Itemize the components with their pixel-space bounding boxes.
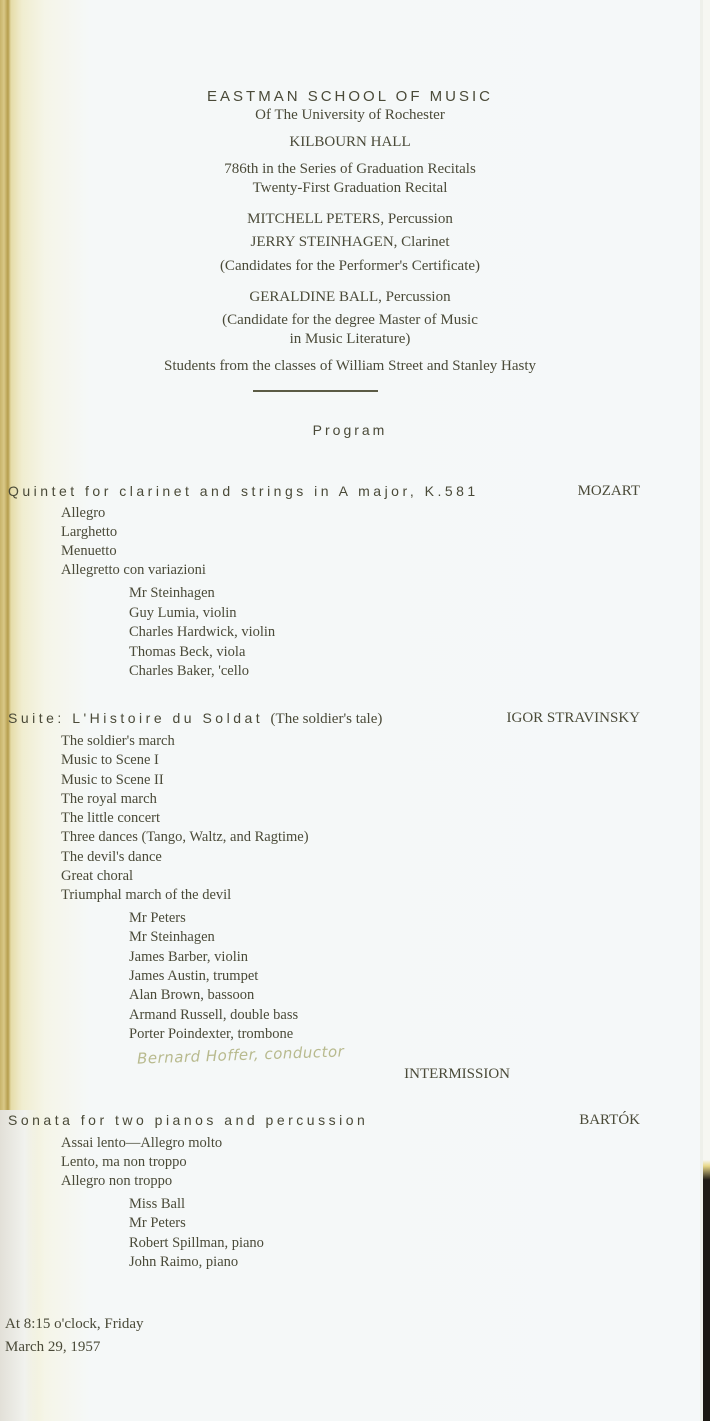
movement: Assai lento—Allegro molto [61,1134,222,1152]
page-fold-shadow [0,1110,40,1421]
movement: The royal march [61,790,157,808]
performer: Guy Lumia, violin [129,604,237,622]
performer: Armand Russell, double bass [129,1006,298,1024]
recital-time: At 8:15 o'clock, Friday [5,1315,144,1333]
degree-note-line1: (Candidate for the degree Master of Musi… [0,311,700,329]
university-name: Of The University of Rochester [0,106,700,124]
movement: Larghetto [61,523,117,541]
series-line: 786th in the Series of Graduation Recita… [0,160,700,178]
work-title-main: Suite: L'Histoire du Soldat [8,710,263,726]
recital-line: Twenty-First Graduation Recital [0,179,700,197]
work-stravinsky: Suite: L'Histoire du Soldat (The soldier… [8,709,640,728]
movement: The devil's dance [61,848,162,866]
work-bartok: Sonata for two pianos and percussion BAR… [8,1111,640,1130]
movement: Lento, ma non troppo [61,1153,187,1171]
performer: Mr Peters [129,909,186,927]
teachers-line: Students from the classes of William Str… [0,357,700,375]
movement: Triumphal march of the devil [61,886,231,904]
degree-note-line2: in Music Literature) [0,330,700,348]
performer: Charles Hardwick, violin [129,623,275,641]
movement: Allegro [61,504,105,522]
divider-rule [253,390,378,392]
performer: Mr Peters [129,1214,186,1232]
movement: The soldier's march [61,732,175,750]
work-mozart: Quintet for clarinet and strings in A ma… [8,482,640,501]
work-subtitle: (The soldier's tale) [271,711,383,727]
performer: James Barber, violin [129,948,248,966]
movement: Music to Scene II [61,771,164,789]
performer: Mr Steinhagen [129,928,215,946]
composer-name: MOZART [578,482,640,500]
recital-date: March 29, 1957 [5,1338,100,1356]
performer: Alan Brown, bassoon [129,986,254,1004]
work-title: Sonata for two pianos and percussion [8,1112,368,1128]
composer-name: BARTÓK [579,1111,640,1129]
performer: John Raimo, piano [129,1253,238,1271]
movement: Menuetto [61,542,117,560]
performer: Miss Ball [129,1195,185,1213]
performer-ball: GERALDINE BALL, Percussion [0,288,700,306]
movement: Allegro non troppo [61,1172,172,1190]
performer: Thomas Beck, viola [129,643,245,661]
movement: Allegretto con variazioni [61,561,206,579]
performer-peters: MITCHELL PETERS, Percussion [0,210,700,228]
school-name: EASTMAN SCHOOL OF MUSIC [0,88,700,106]
hall-name: KILBOURN HALL [0,133,700,151]
movement: Three dances (Tango, Waltz, and Ragtime) [61,828,309,846]
program-heading: Program [0,421,700,439]
performer-steinhagen: JERRY STEINHAGEN, Clarinet [0,233,700,251]
performer: Mr Steinhagen [129,584,215,602]
work-title: Suite: L'Histoire du Soldat (The soldier… [8,710,382,726]
performer: Porter Poindexter, trombone [129,1025,293,1043]
intermission-label: INTERMISSION [0,1065,510,1083]
page-edge [700,0,710,1421]
performer: James Austin, trumpet [129,967,258,985]
performer-certificate-note: (Candidates for the Performer's Certific… [0,257,700,275]
movement: Music to Scene I [61,751,159,769]
movement: Great choral [61,867,133,885]
performer: Charles Baker, 'cello [129,662,249,680]
work-title: Quintet for clarinet and strings in A ma… [8,483,479,499]
movement: The little concert [61,809,160,827]
performer: Robert Spillman, piano [129,1234,264,1252]
composer-name: IGOR STRAVINSKY [507,709,641,727]
